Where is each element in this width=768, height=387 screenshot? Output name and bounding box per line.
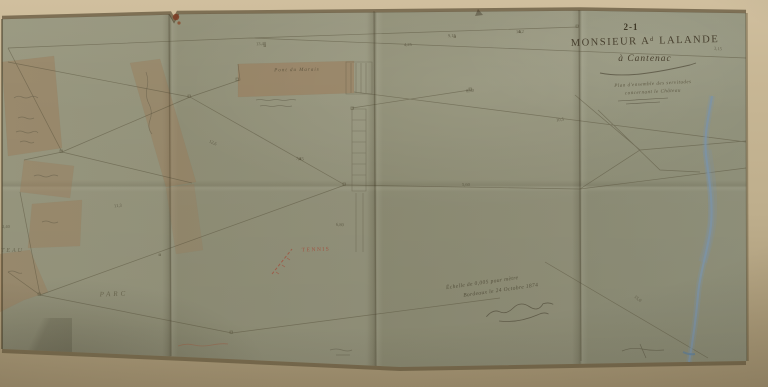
measurement-mark: 3,15	[714, 46, 722, 52]
measurement-mark: 10,5	[556, 116, 564, 122]
measurement-mark: 11,3	[114, 203, 122, 209]
measurement-mark: 15,0	[633, 294, 642, 303]
measurement-mark: 2,40	[2, 224, 10, 229]
photo-of-folded-plan: 2-1 MONSIEUR Aᵈ LALANDE à Cantenac Plan …	[0, 0, 768, 387]
measurement-mark: 4,25	[404, 42, 412, 47]
measurement-layer: 13,409,1514,28,3012,67,4511,36,8015,04,2…	[0, 0, 768, 387]
measurement-mark: 9,15	[448, 33, 456, 38]
measurement-mark: 8,30	[466, 88, 474, 93]
measurement-mark: 13,40	[256, 41, 266, 47]
measurement-mark: 12,6	[208, 139, 217, 147]
measurement-mark: 5,60	[462, 182, 470, 187]
measurement-mark: 14,2	[516, 29, 524, 34]
measurement-mark: 6,80	[336, 222, 344, 227]
label-layer: 2-1 MONSIEUR Aᵈ LALANDE à Cantenac Plan …	[0, 0, 768, 387]
measurement-mark: 7,45	[296, 156, 304, 162]
